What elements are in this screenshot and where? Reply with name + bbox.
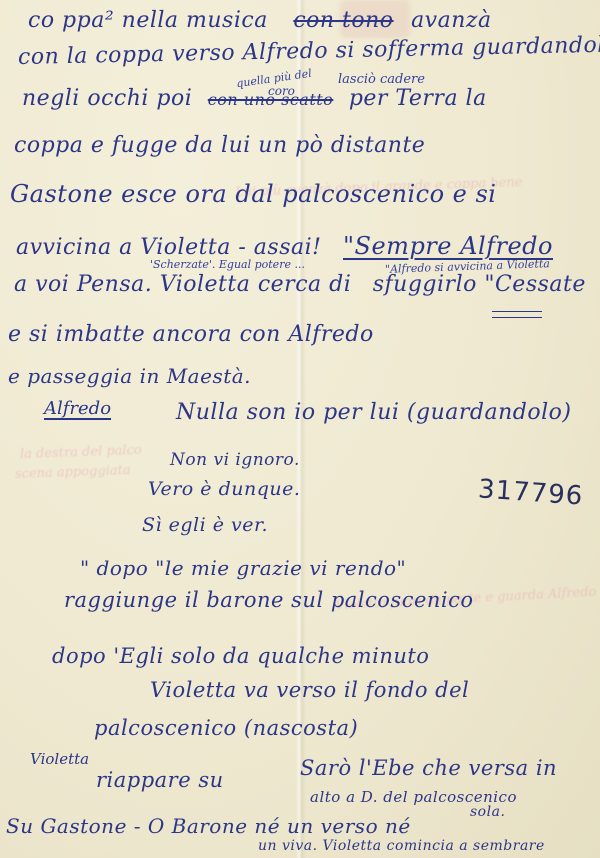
manuscript-line-12: Vero è dunque. [148,478,300,500]
manuscript-line-22: Su Gastone - O Barone né un verso né [6,814,411,838]
manuscript-line-18: palcoscenico (nascosta) [94,716,358,740]
double-underline [492,311,542,318]
manuscript-line-9: e passeggia in Maestà. [8,364,251,388]
manuscript-line-14: " dopo "le mie grazie vi rendo" [80,556,406,580]
manuscript-line-1: co ppa² nella musica con tono avanzà [28,8,492,33]
character-label-alfredo: Alfredo [44,398,111,419]
character-label-violetta: Violetta [30,750,89,768]
manuscript-line-8: e si imbatte ancora con Alfredo [8,322,374,347]
manuscript-line-19b: Sarò l'Ebe che versa in [300,756,557,780]
line-text: negli occhi poi [22,86,192,111]
line-text: ² nella musica [105,8,268,33]
manuscript-line-5: Gastone esce ora dal palcoscenico e si [10,180,496,208]
manuscript-line-23: un viva. Violetta comincia a sembrare [258,838,545,854]
manuscript-page: Lui più avanzà dopo il grande e coppa be… [0,0,600,858]
line-text: avvicina a Violetta - assai! [16,235,322,260]
quoted-text: "Sempre Alfredo [343,232,553,260]
manuscript-line-21: sola. [470,804,505,820]
line-text: per Terra la [349,86,487,111]
manuscript-line-17: Violetta va verso il fondo del [150,678,469,702]
manuscript-line-19a: riappare su [96,768,224,792]
manuscript-line-16: dopo 'Egli solo da qualche minuto [52,644,429,668]
manuscript-line-2: con la coppa verso Alfredo si sofferma g… [18,32,600,70]
manuscript-line-15: raggiunge il barone sul palcoscenico [64,588,474,612]
catalog-number: 317796 [477,474,584,511]
line-text: co ppa [28,8,105,33]
struck-text: con tono [293,8,393,33]
insertion-note: lasciò cadere [338,72,425,87]
line-text: sfuggirlo "Cessate [373,272,586,297]
bleed-through-text: scena appoggiata [15,463,131,482]
manuscript-line-13: Sì egli è ver. [142,514,268,536]
line-text: a voi Pensa. Violetta cerca di [14,272,351,297]
bleed-through-text: la destra del palco [20,443,142,462]
struck-text: con uno scatto [208,90,334,109]
manuscript-line-11: Non vi ignoro. [170,450,300,470]
line-text: avanzà [411,8,492,33]
insertion-note: 'Scherzate'. Egual potere ... [150,258,305,271]
manuscript-line-7: a voi Pensa. Violetta cerca di sfuggirlo… [14,272,586,297]
manuscript-line-10: Nulla son io per lui (guardandolo) [176,400,571,425]
manuscript-line-6: avvicina a Violetta - assai! "Sempre Alf… [16,232,553,260]
manuscript-line-4: coppa e fugge da lui un pò distante [14,133,425,158]
manuscript-line-3: negli occhi poi con uno scatto per Terra… [22,86,487,111]
